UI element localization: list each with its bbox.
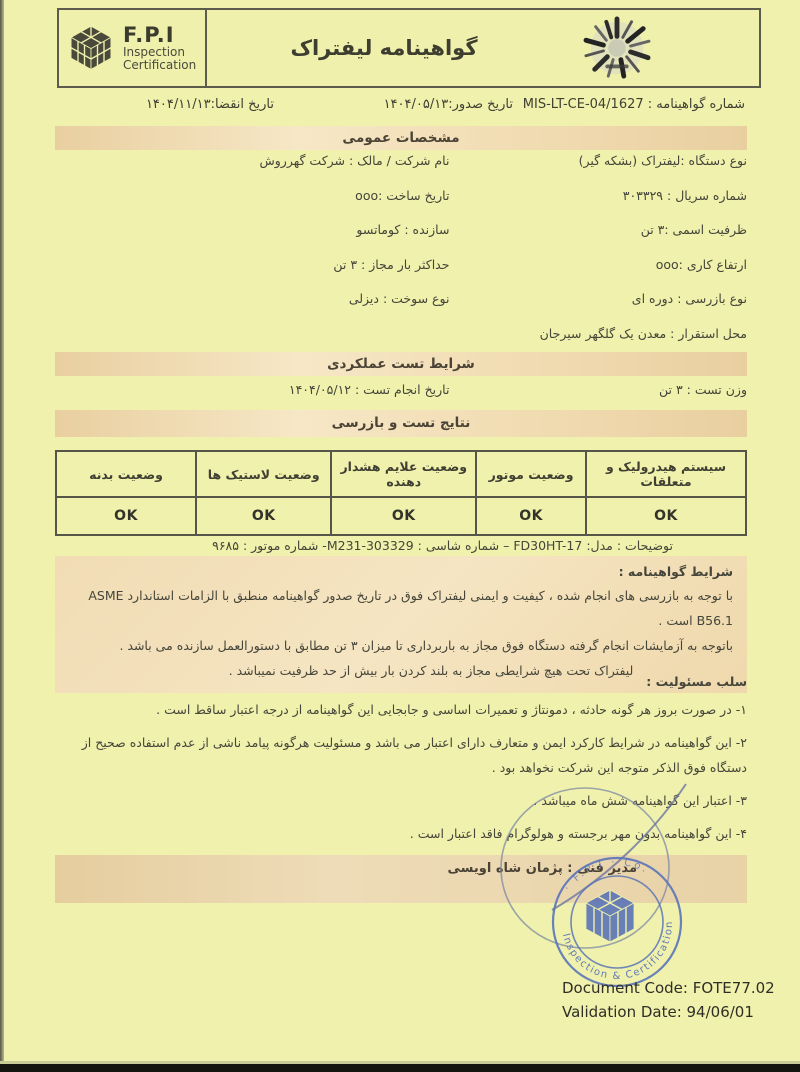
spec-inspection-type: نوع بازرسی : دوره ای [449,291,747,326]
results-col-body: وضعیت بدنه [56,451,196,497]
results-value-tires: OK [196,497,331,535]
results-table: سیستم هیدرولیک و متعلقات وضعیت موتور وضع… [55,450,747,536]
results-col-hydraulic: سیستم هیدرولیک و متعلقات [586,451,746,497]
fpi-logo-abbr: F.P.I [123,24,196,46]
document-code-block: Document Code: FOTE77.02 Validation Date… [562,976,775,1024]
technical-manager-name: مدیر فنی : پژمان شاه اویسی [448,861,637,876]
results-col-warning: وضعیت علایم هشدار دهنده [331,451,476,497]
fpi-logo-text: F.P.I Inspection Certification [123,24,196,71]
scan-bottom-edge [0,1064,800,1072]
scan-left-edge [0,0,4,1072]
spec-manufacturer: سازنده : کوماتسو [55,222,449,257]
spec-working-height: ارتفاع کاری :ooo [449,257,747,292]
results-col-tires: وضعیت لاستیک ها [196,451,331,497]
section-title-general-specs: مشخصات عمومی [55,126,747,150]
spec-serial-number: شماره سریال : ۳۰۳۳۲۹ [449,188,747,223]
test-weight: وزن تست : ۳ تن [449,382,747,397]
certificate-page: F.P.I Inspection Certification گواهینامه… [0,0,800,1072]
certificate-number: شماره گواهینامه : MIS-LT-CE-04/1627 [523,97,745,112]
spec-fuel-type: نوع سوخت : دیزلی [55,291,449,326]
disclaimer-title: سلب مسئولیت : [55,674,747,689]
disclaimer-item-4: ۴- این گواهینامه بدون مهر برجسته و هولوگ… [55,821,747,846]
results-header-row: سیستم هیدرولیک و متعلقات وضعیت موتور وضع… [56,451,746,497]
section-title-results: نتایج تست و بازرسی [55,410,747,437]
expiry-date: تاریخ انقضا:۱۴۰۴/۱۱/۱۳ [146,97,274,112]
results-col-engine: وضعیت موتور [476,451,586,497]
disclaimer-item-3: ۳- اعتبار این گواهینامه شش ماه میباشد . [55,788,747,813]
results-value-hydraulic: OK [586,497,746,535]
spec-build-date: تاریخ ساخت :ooo [55,188,449,223]
hologram-starburst-icon [575,16,659,84]
results-notes: توضیحات : مدل: FD30HT-17 – شماره شاسی : … [55,538,673,553]
disclaimer-item-1: ۱- در صورت بروز هر گونه حادثه ، دمونتاژ … [55,697,747,722]
test-date: تاریخ انجام تست : ۱۴۰۴/۰۵/۱۲ [55,382,449,397]
spec-device-type: نوع دستگاه :لیفتراک (بشکه گیر) [449,153,747,188]
general-specs-grid: نوع دستگاه :لیفتراک (بشکه گیر) نام شرکت … [55,153,747,360]
fpi-logo-line2: Certification [123,59,196,72]
certificate-conditions-box: شرایط گواهینامه : با توجه به بازرسی های … [55,556,747,693]
results-value-engine: OK [476,497,586,535]
stamp-bottom-text: Inspection & Certification [560,920,675,982]
certificate-header: F.P.I Inspection Certification گواهینامه… [57,8,761,88]
cube-logo-icon [65,20,117,76]
issue-date: تاریخ صدور:۱۴۰۴/۰۵/۱۳ [384,97,513,112]
spec-max-load: حداکثر بار مجاز : ۳ تن [55,257,449,292]
conditions-line-2: باتوجه به آزمایشات انجام گرفته دستگاه فو… [69,633,733,658]
section-title-test-conditions: شرایط تست عملکردی [55,352,747,376]
spec-owner-company: نام شرکت / مالک : شرکت گهرروش [55,153,449,188]
spec-nominal-capacity: ظرفیت اسمی :۳ تن [449,222,747,257]
results-value-warning: OK [331,497,476,535]
technical-manager-band: مدیر فنی : پژمان شاه اویسی [55,855,747,903]
conditions-line-1: با توجه به بازرسی های انجام شده ، کیفیت … [69,583,733,633]
certificate-title: گواهینامه لیفتراک [209,10,559,86]
results-value-row: OK OK OK OK OK [56,497,746,535]
fpi-logo: F.P.I Inspection Certification [59,10,207,86]
disclaimer-item-2: ۲- این گواهینامه در شرایط کارکرد ایمن و … [55,730,747,780]
document-code: Document Code: FOTE77.02 [562,976,775,1000]
results-value-body: OK [56,497,196,535]
test-conditions-row: وزن تست : ۳ تن تاریخ انجام تست : ۱۴۰۴/۰۵… [55,382,747,397]
validation-date: Validation Date: 94/06/01 [562,1000,775,1024]
conditions-title: شرایط گواهینامه : [69,564,733,579]
disclaimer-section: سلب مسئولیت : ۱- در صورت بروز هر گونه حا… [55,674,747,854]
certificate-meta-row: شماره گواهینامه : MIS-LT-CE-04/1627 تاری… [57,97,745,117]
